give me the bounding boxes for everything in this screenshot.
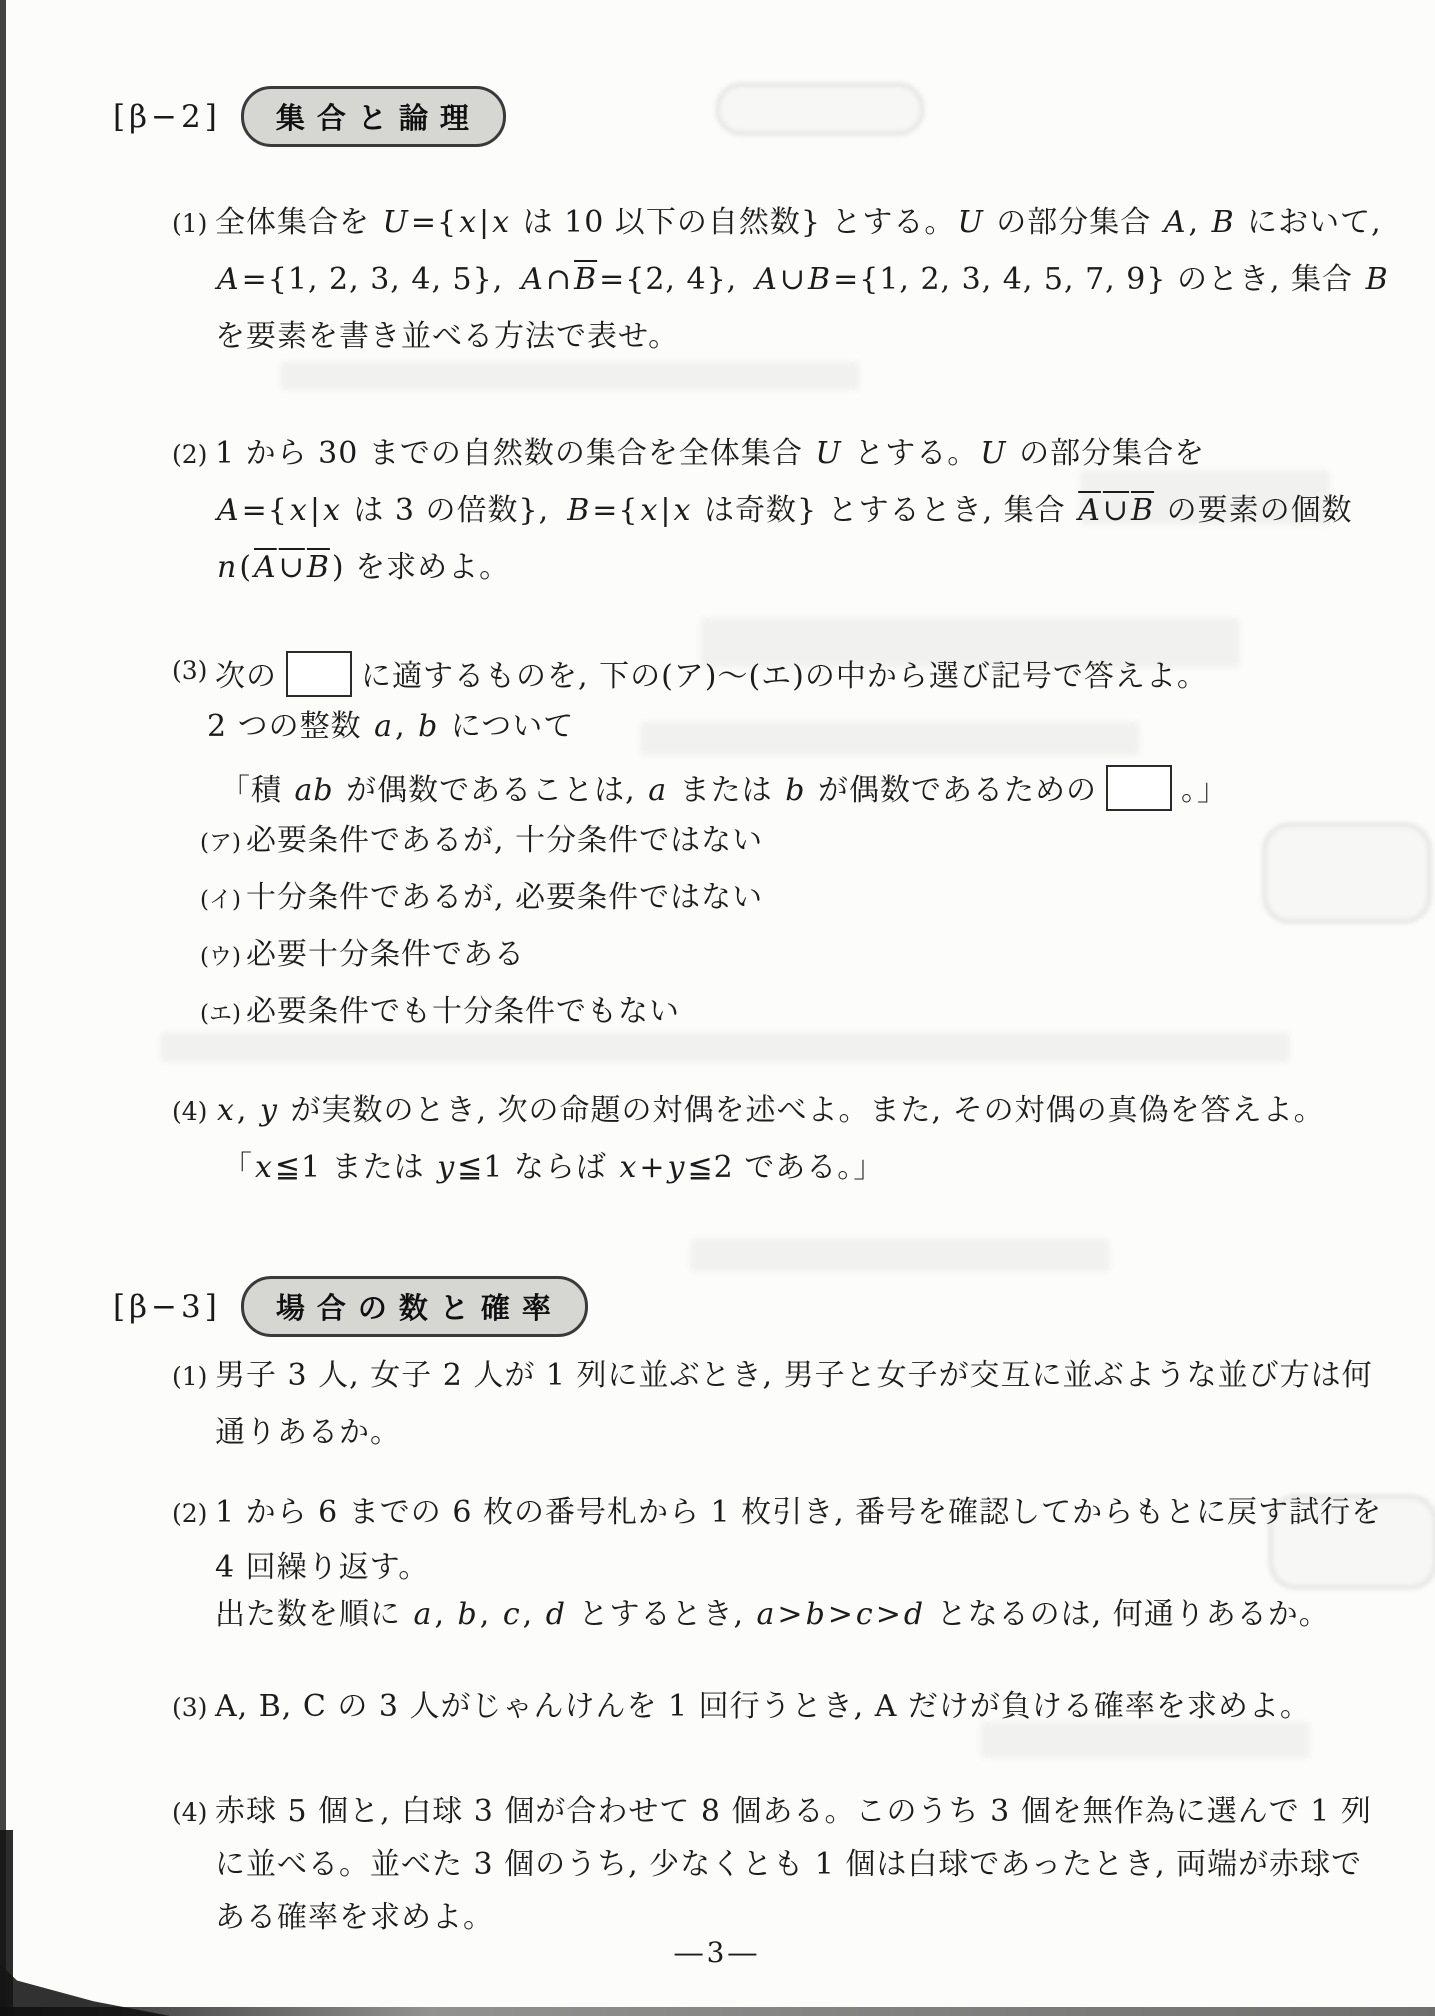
bleedthrough-pill-artifact xyxy=(715,82,925,136)
option-text: 必要条件でも十分条件でもない xyxy=(246,994,680,1029)
problem-number: (1) xyxy=(172,1361,207,1392)
bleedthrough-artifact xyxy=(980,1722,1310,1758)
answer-blank-box xyxy=(1106,765,1172,811)
option-marker: (ア) xyxy=(200,829,246,858)
problem-number: (2) xyxy=(172,439,207,470)
problem-text-line: ある確率を求めよ。 xyxy=(215,1899,494,1937)
option-marker: (ウ) xyxy=(200,943,246,972)
option-text: 十分条件であるが, 必要条件ではない xyxy=(246,880,763,915)
answer-option: (イ)十分条件であるが, 必要条件ではない xyxy=(200,879,763,917)
bleedthrough-artifact xyxy=(160,1032,1290,1062)
scan-edge-artifact xyxy=(0,0,6,2016)
problem-text-line: A={1, 2, 3, 4, 5}, A∩B={2, 4}, A∪B={1, 2… xyxy=(215,261,1391,299)
problem-number: (2) xyxy=(172,1498,207,1529)
problem-text-line: 1 から 6 までの 6 枚の番号札から 1 枚引き, 番号を確認してからもとに… xyxy=(215,1494,1382,1532)
scan-edge-artifact xyxy=(0,2007,1435,2016)
option-marker: (イ) xyxy=(200,886,246,915)
problem-text-line: 男子 3 人, 女子 2 人が 1 列に並ぶとき, 男子と女子が交互に並ぶような… xyxy=(215,1357,1373,1395)
option-marker: (エ) xyxy=(200,1000,246,1029)
problem-text-line: x, y が実数のとき, 次の命題の対偶を述べよ。また, その対偶の真偽を答えよ… xyxy=(215,1092,1325,1130)
page-number: ―3― xyxy=(0,1936,1435,1969)
problem-text-line: 次のに適するものを, 下の(ア)～(エ)の中から選び記号で答えよ。 xyxy=(215,651,1208,697)
problem-text-line: n(A∪B) を求めよ。 xyxy=(215,549,510,587)
problem-text-line: 出た数を順に a, b, c, d とするとき, a>b>c>d となるのは, … xyxy=(215,1596,1330,1634)
answer-option: (エ)必要条件でも十分条件でもない xyxy=(200,993,680,1031)
bleedthrough-artifact xyxy=(640,722,1140,756)
problem-number: (3) xyxy=(172,1692,207,1723)
bleedthrough-artifact xyxy=(280,362,860,390)
problem-text-line: 4 回繰り返す。 xyxy=(215,1549,429,1587)
section-label: [β−2] xyxy=(113,99,221,135)
answer-option: (ウ)必要十分条件である xyxy=(200,936,525,974)
problem-text-line: を要素を書き並べる方法で表せ。 xyxy=(215,318,679,356)
section-title-pill: 集合と論理 xyxy=(241,86,506,147)
section-header-beta-2: [β−2] 集合と論理 xyxy=(113,86,506,147)
problem-text-line: 通りあるか。 xyxy=(215,1414,401,1452)
problem-text-line: 2 つの整数 a, b について xyxy=(207,708,574,746)
problem-text-line: A, B, C の 3 人がじゃんけんを 1 回行うとき, A だけが負ける確率… xyxy=(215,1688,1311,1726)
problem-text-line: 「x≦1 または y≦1 ならば x+y≦2 である。」 xyxy=(222,1149,884,1187)
problem-text-line: A={x|x は 3 の倍数}, B={x|x は奇数} とするとき, 集合 A… xyxy=(215,492,1353,530)
option-text: 必要条件であるが, 十分条件ではない xyxy=(246,823,763,858)
problem-number: (1) xyxy=(172,208,207,239)
scanned-exam-page: [β−2] 集合と論理 (1) 全体集合を U={x|x は 10 以下の自然数… xyxy=(0,0,1435,2016)
problem-text-line: 1 から 30 までの自然数の集合を全体集合 U とする。U の部分集合を xyxy=(215,435,1205,473)
section-title-pill: 場合の数と確率 xyxy=(241,1276,588,1337)
problem-text-line: 赤球 5 個と, 白球 3 個が合わせて 8 個ある。このうち 3 個を無作為に… xyxy=(215,1793,1372,1831)
problem-number: (4) xyxy=(172,1096,207,1127)
bleedthrough-pill-artifact xyxy=(1262,822,1432,924)
problem-text-line: 全体集合を U={x|x は 10 以下の自然数} とする。U の部分集合 A,… xyxy=(215,204,1382,242)
section-label: [β−3] xyxy=(113,1289,221,1325)
answer-blank-box xyxy=(286,651,352,697)
option-text: 必要十分条件である xyxy=(246,937,525,972)
problem-number: (4) xyxy=(172,1797,207,1828)
bleedthrough-artifact xyxy=(690,1238,1110,1272)
problem-number: (3) xyxy=(172,655,207,686)
section-header-beta-3: [β−3] 場合の数と確率 xyxy=(113,1276,588,1337)
problem-text-line: に並べる。並べた 3 個のうち, 少なくとも 1 個は白球であったとき, 両端が… xyxy=(215,1846,1362,1884)
answer-option: (ア)必要条件であるが, 十分条件ではない xyxy=(200,822,763,860)
problem-text-line: 「積 ab が偶数であることは, a または b が偶数であるための。」 xyxy=(220,765,1228,811)
